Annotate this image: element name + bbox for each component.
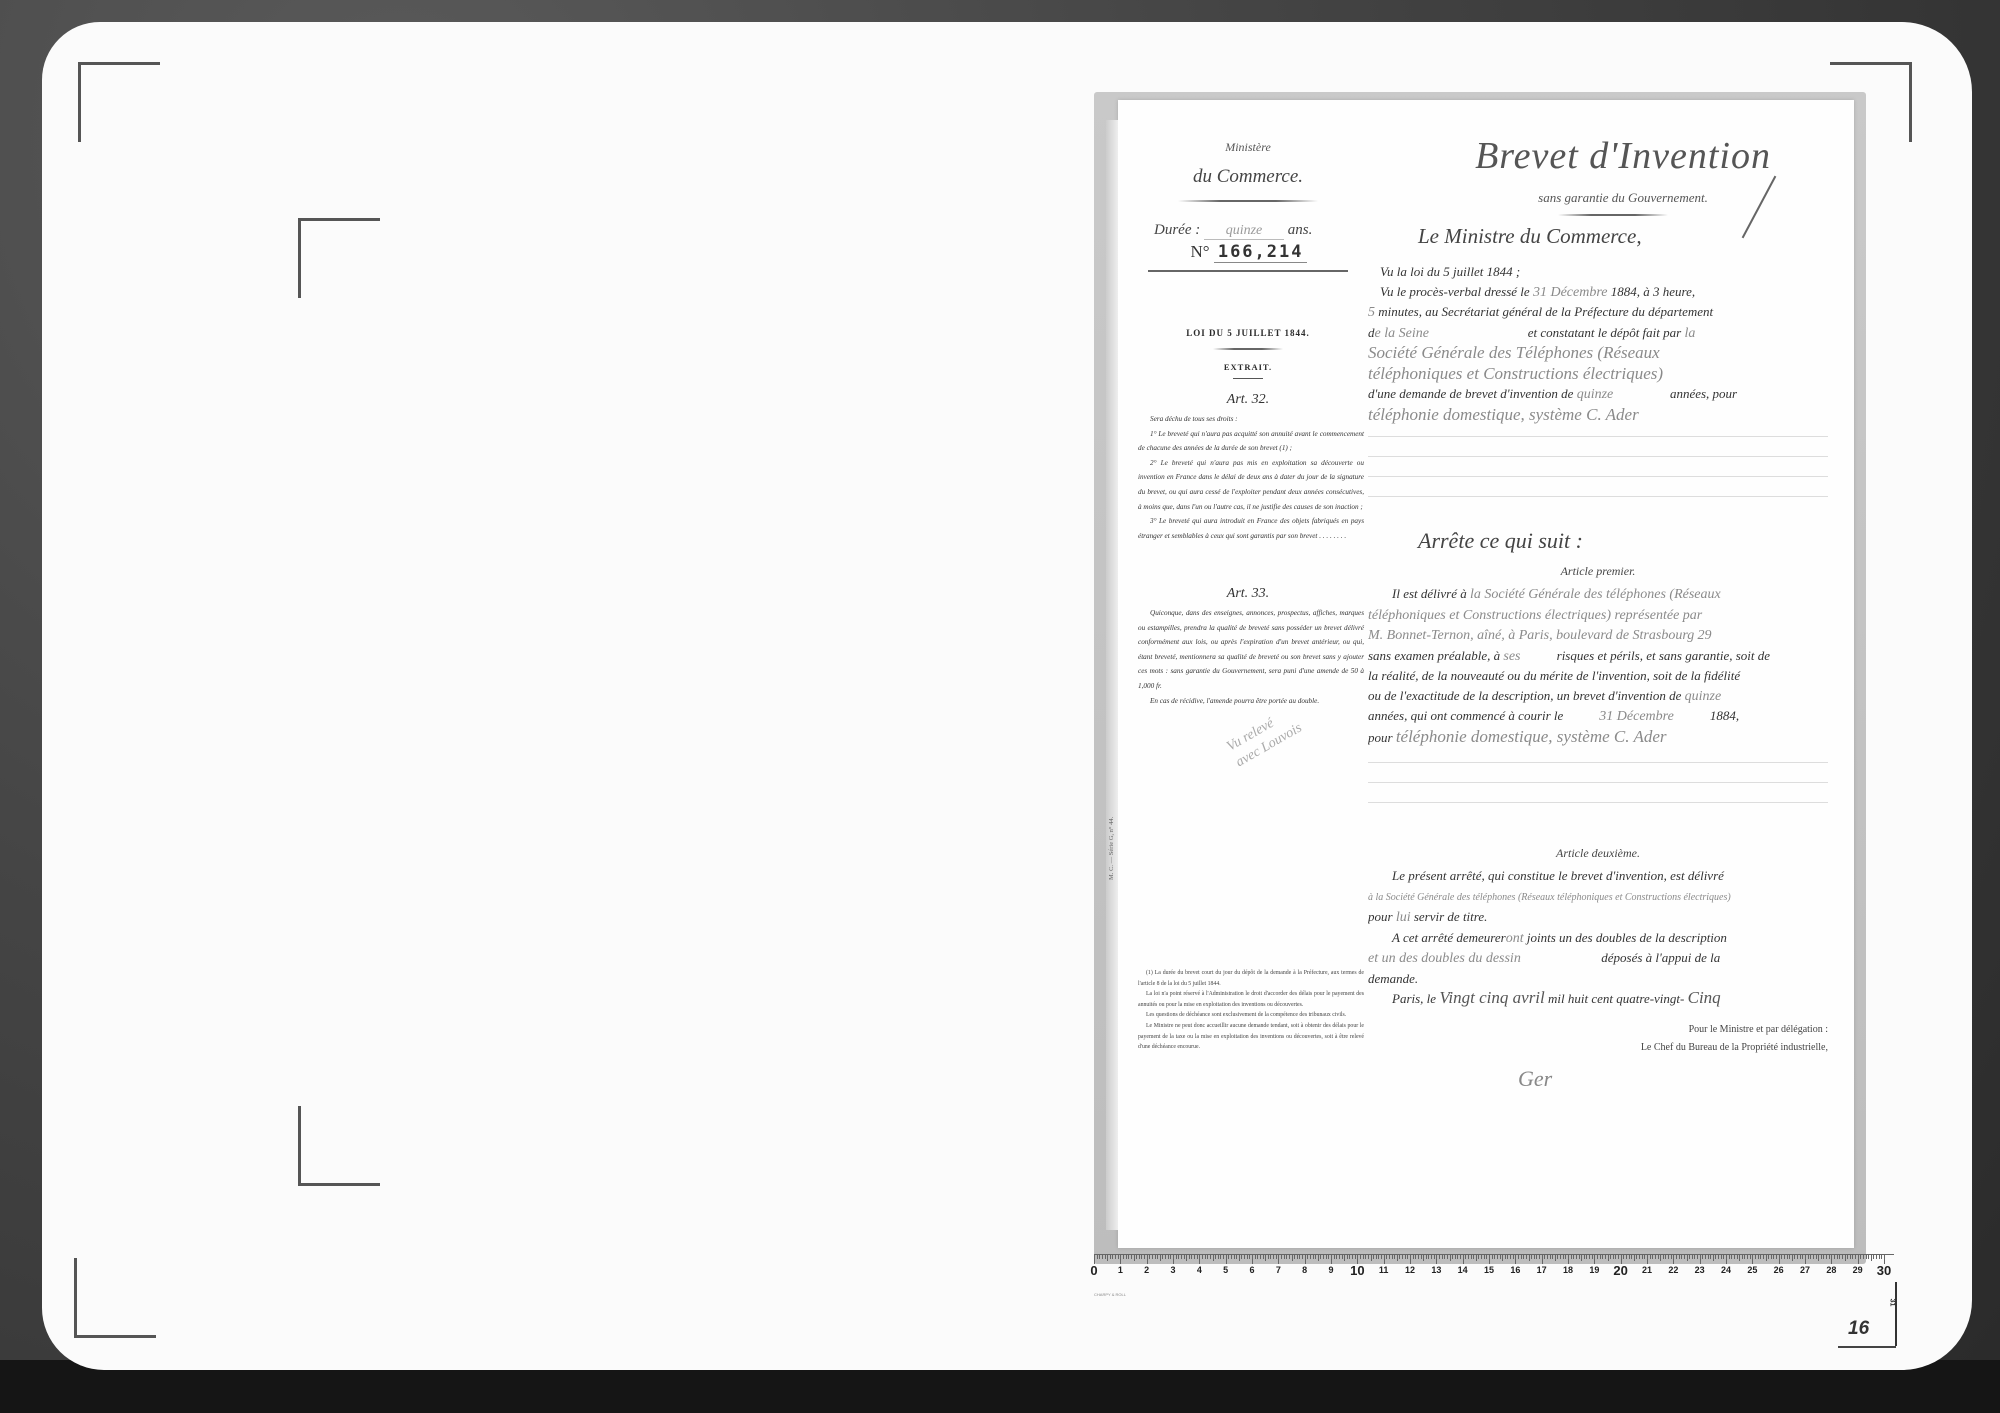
handwritten-text: ses xyxy=(1503,647,1553,667)
ruler-tick xyxy=(1278,1255,1279,1264)
ruler-tick xyxy=(1415,1255,1416,1259)
ruler-tick xyxy=(1668,1255,1669,1259)
ruler-tick xyxy=(1571,1255,1572,1259)
ruler-tick xyxy=(1286,1255,1287,1259)
ruler-tick xyxy=(1407,1255,1408,1259)
ruler-tick xyxy=(1752,1255,1753,1264)
ruler-tick xyxy=(1494,1255,1495,1259)
ruler-tick xyxy=(1234,1255,1235,1259)
ruler-tick xyxy=(1842,1255,1843,1259)
ruler-tick xyxy=(1134,1255,1135,1261)
ruler-tick xyxy=(1431,1255,1432,1259)
article-2-heading: Article deuxième. xyxy=(1368,846,1828,861)
preamble-text: Vu le procès-verbal dressé le xyxy=(1380,284,1530,299)
ruler-tick xyxy=(1531,1255,1532,1259)
ruler-label: 17 xyxy=(1537,1265,1547,1275)
ruler-tick xyxy=(1779,1255,1780,1264)
article-text: pour xyxy=(1368,909,1393,924)
crop-mark-inner-top-left xyxy=(298,218,380,298)
ruler-tick xyxy=(1692,1255,1693,1259)
ruler-tick xyxy=(1402,1255,1403,1259)
ruler-tick xyxy=(1365,1255,1366,1259)
ruler-tick xyxy=(1241,1255,1242,1259)
ruler-tick xyxy=(1384,1255,1385,1264)
ruler-tick xyxy=(1771,1255,1772,1259)
ruler-tick xyxy=(1347,1255,1348,1259)
blank-line xyxy=(1368,496,1828,497)
folio-number: 16 xyxy=(1848,1318,1869,1340)
ruler-tick xyxy=(1539,1255,1540,1259)
ruler-label: 9 xyxy=(1328,1265,1333,1275)
ruler-tick xyxy=(1763,1255,1764,1259)
handwritten-depositor: Société Générale des Téléphones (Réseaux xyxy=(1368,343,1660,362)
ruler-tick xyxy=(1452,1255,1453,1259)
ruler-tick xyxy=(1671,1255,1672,1259)
ruler-tick xyxy=(1658,1255,1659,1259)
ruler-tick xyxy=(1434,1255,1435,1259)
ruler-tick xyxy=(1555,1255,1556,1261)
ruler-tick xyxy=(1576,1255,1577,1259)
footnote: Le Ministre ne peut donc accueillir aucu… xyxy=(1138,1021,1364,1053)
law-extract-label: EXTRAIT. xyxy=(1138,362,1358,372)
ruler-tick xyxy=(1244,1255,1245,1259)
ruler-vertical-label: 31 xyxy=(1888,1299,1895,1307)
ruler-tick xyxy=(1858,1255,1859,1264)
handwritten-grantee: téléphoniques et Constructions électriqu… xyxy=(1368,608,1702,623)
ruler-tick xyxy=(1850,1255,1851,1259)
ruler-tick xyxy=(1276,1255,1277,1259)
ruler-tick xyxy=(1197,1255,1198,1259)
article-33-text: Quiconque, dans des enseignes, annonces,… xyxy=(1138,606,1364,708)
ruler-tick xyxy=(1563,1255,1564,1259)
series-label: M. C. — Série G, n° 44. xyxy=(1108,817,1115,880)
ruler-tick xyxy=(1363,1255,1364,1259)
ruler-tick xyxy=(1818,1255,1819,1261)
ruler-tick xyxy=(1213,1255,1214,1261)
ruler-tick xyxy=(1721,1255,1722,1259)
ruler-tick xyxy=(1642,1255,1643,1259)
ruler-tick xyxy=(1679,1255,1680,1259)
ruler-tick xyxy=(1168,1255,1169,1259)
handwritten-department: e la Seine xyxy=(1375,324,1525,344)
handwritten-duration: quinze xyxy=(1577,385,1667,405)
ruler-tick xyxy=(1331,1255,1332,1264)
ruler-tick xyxy=(1476,1255,1477,1261)
ruler-tick xyxy=(1715,1255,1716,1259)
ruler-tick xyxy=(1550,1255,1551,1259)
ruler-tick xyxy=(1608,1255,1609,1261)
ruler-tick xyxy=(1199,1255,1200,1264)
ruler-tick xyxy=(1739,1255,1740,1261)
ruler-tick xyxy=(1726,1255,1727,1264)
ruler-tick xyxy=(1247,1255,1248,1259)
handwritten-date: 31 Décembre xyxy=(1567,707,1707,727)
ruler-tick xyxy=(1581,1255,1582,1261)
ruler-tick xyxy=(1816,1255,1817,1259)
ruler-tick xyxy=(1178,1255,1179,1259)
number-label: N° xyxy=(1191,242,1210,261)
ruler-tick xyxy=(1510,1255,1511,1259)
ruler-tick xyxy=(1876,1255,1877,1259)
ruler-tick xyxy=(1263,1255,1264,1259)
ruler-tick xyxy=(1394,1255,1395,1259)
ruler-tick xyxy=(1421,1255,1422,1259)
ruler-tick xyxy=(1613,1255,1614,1259)
ruler-tick xyxy=(1226,1255,1227,1264)
ruler-tick xyxy=(1110,1255,1111,1259)
ruler-tick xyxy=(1255,1255,1256,1259)
law-paragraph: 1° Le breveté qui n'aura pas acquitté so… xyxy=(1138,427,1364,456)
ruler-tick xyxy=(1265,1255,1266,1261)
ruler-tick xyxy=(1766,1255,1767,1261)
ruler-tick xyxy=(1418,1255,1419,1259)
ruler-tick xyxy=(1239,1255,1240,1261)
preamble-line: Vu la loi du 5 juillet 1844 ; xyxy=(1380,264,1520,279)
ruler-tick xyxy=(1826,1255,1827,1259)
ruler-tick xyxy=(1392,1255,1393,1259)
ruler-tick xyxy=(1115,1255,1116,1259)
ruler-tick xyxy=(1507,1255,1508,1259)
ruler-tick xyxy=(1839,1255,1840,1259)
article-1-text: Il est délivré à la Société Générale des… xyxy=(1368,584,1828,747)
ruler-tick xyxy=(1800,1255,1801,1259)
crop-mark-top-left xyxy=(78,62,160,142)
ruler-tick xyxy=(1855,1255,1856,1259)
ruler-tick xyxy=(1710,1255,1711,1259)
footnotes: (1) La durée du brevet court du jour du … xyxy=(1138,968,1364,1053)
ruler-tick xyxy=(1097,1255,1098,1259)
ruler-tick xyxy=(1378,1255,1379,1259)
handwritten-date: 31 Décembre xyxy=(1533,285,1608,300)
ruler-tick xyxy=(1376,1255,1377,1259)
ruler-tick xyxy=(1500,1255,1501,1259)
ruler-tick xyxy=(1547,1255,1548,1259)
ruler-tick xyxy=(1455,1255,1456,1259)
article-text: Le présent arrêté, qui constitue le brev… xyxy=(1392,868,1724,883)
footnote: Les questions de déchéance sont exclusiv… xyxy=(1138,1010,1364,1021)
ruler-tick xyxy=(1615,1255,1616,1259)
preamble-text: minutes, au Secrétariat général de la Pr… xyxy=(1378,304,1713,319)
ruler-tick xyxy=(1526,1255,1527,1259)
ruler-tick xyxy=(1289,1255,1290,1259)
ruler-tick xyxy=(1881,1255,1882,1259)
ruler-tick xyxy=(1634,1255,1635,1261)
handwritten-minutes: 5 xyxy=(1368,305,1375,320)
ruler-tick xyxy=(1665,1255,1666,1259)
ruler-tick xyxy=(1344,1255,1345,1261)
ruler-tick xyxy=(1597,1255,1598,1259)
ruler-tick xyxy=(1339,1255,1340,1259)
ruler-tick xyxy=(1845,1255,1846,1261)
ruler-tick xyxy=(1320,1255,1321,1259)
ruler-tick xyxy=(1112,1255,1113,1259)
ruler-tick xyxy=(1652,1255,1653,1259)
ruler-tick xyxy=(1737,1255,1738,1259)
ruler-tick xyxy=(1594,1255,1595,1264)
ruler-tick xyxy=(1336,1255,1337,1259)
handwritten-date: Vingt cinq avril xyxy=(1439,988,1544,1007)
ruler-label: 5 xyxy=(1223,1265,1228,1275)
ruler-tick xyxy=(1460,1255,1461,1259)
divider xyxy=(1148,270,1348,272)
ruler-tick xyxy=(1355,1255,1356,1259)
ruler-tick xyxy=(1560,1255,1561,1259)
ruler-tick xyxy=(1787,1255,1788,1259)
ruler-tick xyxy=(1694,1255,1695,1259)
ruler-tick xyxy=(1673,1255,1674,1264)
patent-document: Ministère du Commerce. Durée : quinze an… xyxy=(1118,100,1854,1248)
ruler-tick xyxy=(1439,1255,1440,1259)
ruler-tick xyxy=(1257,1255,1258,1259)
ruler-tick xyxy=(1802,1255,1803,1259)
ruler-label: 22 xyxy=(1668,1265,1678,1275)
ruler-tick xyxy=(1410,1255,1411,1264)
crop-mark-bottom-left xyxy=(74,1258,156,1338)
ruler-label: 2 xyxy=(1144,1265,1149,1275)
ruler-tick xyxy=(1755,1255,1756,1259)
ruler-label: 6 xyxy=(1249,1265,1254,1275)
ruler-tick xyxy=(1523,1255,1524,1259)
ruler-label: 18 xyxy=(1563,1265,1573,1275)
ruler-tick xyxy=(1565,1255,1566,1259)
ruler-tick xyxy=(1742,1255,1743,1259)
ruler-label: 25 xyxy=(1747,1265,1757,1275)
ruler-tick xyxy=(1302,1255,1303,1259)
ruler-tick xyxy=(1228,1255,1229,1259)
ruler-tick xyxy=(1689,1255,1690,1259)
ruler-tick xyxy=(1629,1255,1630,1259)
ruler-tick xyxy=(1120,1255,1121,1264)
ruler-maker-label: CHARPY & ROLL xyxy=(1094,1292,1126,1297)
ruler-label: 26 xyxy=(1774,1265,1784,1275)
ruler-tick xyxy=(1647,1255,1648,1264)
ruler-tick xyxy=(1397,1255,1398,1261)
ruler-tick xyxy=(1141,1255,1142,1259)
ruler-tick xyxy=(1776,1255,1777,1259)
ornament-divider xyxy=(1178,200,1318,202)
patent-number: N° 166,214 xyxy=(1154,242,1344,262)
blank-line xyxy=(1368,802,1828,803)
ruler-tick xyxy=(1131,1255,1132,1259)
ruler-tick xyxy=(1249,1255,1250,1259)
article-1-heading: Article premier. xyxy=(1368,564,1828,579)
ruler-tick xyxy=(1149,1255,1150,1259)
ruler-tick xyxy=(1326,1255,1327,1259)
ruler-tick xyxy=(1871,1255,1872,1261)
handwritten-text: ont xyxy=(1506,931,1524,946)
ruler-tick xyxy=(1352,1255,1353,1259)
ruler-tick xyxy=(1170,1255,1171,1259)
ruler-tick xyxy=(1521,1255,1522,1259)
ruler-tick xyxy=(1457,1255,1458,1259)
ruler-tick xyxy=(1797,1255,1798,1259)
ruler-tick xyxy=(1471,1255,1472,1259)
ruler-tick xyxy=(1334,1255,1335,1259)
blank-line xyxy=(1368,476,1828,477)
law-paragraph: 3° Le breveté qui aura introduit en Fran… xyxy=(1138,514,1364,543)
blank-line xyxy=(1368,762,1828,763)
ruler-tick xyxy=(1515,1255,1516,1264)
ruler-label: 21 xyxy=(1642,1265,1652,1275)
ruler-tick xyxy=(1705,1255,1706,1259)
ruler-tick xyxy=(1139,1255,1140,1259)
ruler-tick xyxy=(1268,1255,1269,1259)
ruler-tick xyxy=(1794,1255,1795,1259)
article-text: servir de titre. xyxy=(1414,909,1488,924)
ruler-tick xyxy=(1202,1255,1203,1259)
ruler-tick xyxy=(1750,1255,1751,1259)
ruler-tick xyxy=(1368,1255,1369,1259)
ruler-tick xyxy=(1405,1255,1406,1259)
ruler-tick xyxy=(1579,1255,1580,1259)
ruler-label: 15 xyxy=(1484,1265,1494,1275)
ruler-tick xyxy=(1218,1255,1219,1259)
ruler-tick xyxy=(1644,1255,1645,1259)
law-paragraph: En cas de récidive, l'amende pourra être… xyxy=(1138,694,1364,709)
ruler-tick xyxy=(1860,1255,1861,1259)
ruler-tick xyxy=(1768,1255,1769,1259)
ruler-tick xyxy=(1413,1255,1414,1259)
handwritten-grantee: à la Société Générale des téléphones (Ré… xyxy=(1368,892,1731,903)
ruler-tick xyxy=(1160,1255,1161,1261)
ruler-tick xyxy=(1589,1255,1590,1259)
measuring-ruler: 0123456789101112131415161718192021222324… xyxy=(1094,1254,1894,1280)
ruler-tick xyxy=(1829,1255,1830,1259)
duration-field: Durée : quinze ans. xyxy=(1154,222,1344,240)
ruler-tick xyxy=(1708,1255,1709,1259)
divider xyxy=(1233,378,1263,379)
ruler-tick xyxy=(1492,1255,1493,1259)
ruler-tick xyxy=(1602,1255,1603,1259)
ruler-tick xyxy=(1529,1255,1530,1261)
ruler-tick xyxy=(1873,1255,1874,1259)
ruler-tick xyxy=(1697,1255,1698,1259)
ruler-tick xyxy=(1252,1255,1253,1264)
ruler-tick xyxy=(1260,1255,1261,1259)
ruler-tick xyxy=(1310,1255,1311,1259)
ruler-label: 10 xyxy=(1350,1263,1364,1278)
ruler-tick xyxy=(1773,1255,1774,1259)
binding-edge xyxy=(1106,120,1118,1230)
ruler-label: 7 xyxy=(1276,1265,1281,1275)
ruler-label: 16 xyxy=(1510,1265,1520,1275)
duration-label: Durée : xyxy=(1154,222,1200,238)
ruler-tick xyxy=(1631,1255,1632,1259)
ruler-label: 23 xyxy=(1695,1265,1705,1275)
ruler-tick xyxy=(1442,1255,1443,1259)
ruler-tick xyxy=(1544,1255,1545,1259)
ruler-tick xyxy=(1478,1255,1479,1259)
footnote: La loi n'a point réservé à l'Administrat… xyxy=(1138,989,1364,1010)
ruler-tick xyxy=(1758,1255,1759,1259)
handwritten-text: la xyxy=(1684,326,1695,341)
duration-unit: ans. xyxy=(1288,222,1313,238)
ruler-tick xyxy=(1444,1255,1445,1259)
handwritten-duration: quinze xyxy=(1685,689,1722,704)
ruler-tick xyxy=(1502,1255,1503,1261)
document-subtitle: sans garantie du Gouvernement. xyxy=(1448,190,1798,206)
ruler-tick xyxy=(1713,1255,1714,1261)
ruler-tick xyxy=(1292,1255,1293,1261)
ruler-tick xyxy=(1618,1255,1619,1259)
footnote: (1) La durée du brevet court du jour du … xyxy=(1138,968,1364,989)
ruler-tick xyxy=(1428,1255,1429,1259)
law-paragraph: Quiconque, dans des enseignes, annonces,… xyxy=(1138,606,1364,694)
ruler-tick xyxy=(1342,1255,1343,1259)
article-text: mil huit cent quatre-vingt- xyxy=(1548,991,1684,1006)
ruler-tick xyxy=(1747,1255,1748,1259)
ruler-tick xyxy=(1136,1255,1137,1259)
article-text: joints xyxy=(1527,930,1556,945)
ruler-tick xyxy=(1191,1255,1192,1259)
ruler-label: 3 xyxy=(1170,1265,1175,1275)
ruler-tick xyxy=(1781,1255,1782,1259)
ruler-tick xyxy=(1123,1255,1124,1259)
ruler-tick xyxy=(1318,1255,1319,1261)
ruler-tick xyxy=(1157,1255,1158,1259)
ruler-tick xyxy=(1723,1255,1724,1259)
ruler-tick xyxy=(1205,1255,1206,1259)
ruler-tick xyxy=(1789,1255,1790,1259)
ruler-tick xyxy=(1223,1255,1224,1259)
duration-value: quinze xyxy=(1204,223,1284,240)
law-title: LOI DU 5 JUILLET 1844. xyxy=(1138,328,1358,338)
ruler-tick xyxy=(1513,1255,1514,1259)
ruler-tick xyxy=(1323,1255,1324,1259)
ruler-tick xyxy=(1702,1255,1703,1259)
ruler-tick xyxy=(1700,1255,1701,1264)
ruler-tick xyxy=(1636,1255,1637,1259)
article-text: risques et périls, et sans garantie, soi… xyxy=(1557,648,1770,663)
ruler-tick xyxy=(1176,1255,1177,1259)
ruler-tick xyxy=(1489,1255,1490,1264)
ruler-tick xyxy=(1236,1255,1237,1259)
ruler-label: 14 xyxy=(1458,1265,1468,1275)
ruler-tick xyxy=(1863,1255,1864,1259)
ruler-tick xyxy=(1450,1255,1451,1261)
ruler-tick xyxy=(1231,1255,1232,1259)
ruler-tick xyxy=(1813,1255,1814,1259)
ruler-tick xyxy=(1868,1255,1869,1259)
ruler-tick xyxy=(1181,1255,1182,1259)
article-text: un des doubles de la description xyxy=(1559,930,1727,945)
pencil-check-mark xyxy=(1742,176,1777,239)
ruler-tick xyxy=(1105,1255,1106,1259)
handwritten-grantee: la Société Générale des téléphones (Rése… xyxy=(1470,587,1721,602)
ruler-tick xyxy=(1681,1255,1682,1259)
ruler-tick xyxy=(1215,1255,1216,1259)
ruler-tick xyxy=(1107,1255,1108,1261)
ruler-tick xyxy=(1099,1255,1100,1259)
ruler-tick xyxy=(1552,1255,1553,1259)
ruler-tick xyxy=(1718,1255,1719,1259)
pencil-annotation: Vu relevé avec Louvois xyxy=(1224,704,1306,772)
ruler-tick xyxy=(1144,1255,1145,1259)
ruler-tick xyxy=(1568,1255,1569,1264)
ruler-label: 27 xyxy=(1800,1265,1810,1275)
ruler-label: 13 xyxy=(1431,1265,1441,1275)
blank-line xyxy=(1368,456,1828,457)
article-32-heading: Art. 32. xyxy=(1138,392,1358,408)
ruler-tick xyxy=(1463,1255,1464,1264)
ruler-tick xyxy=(1866,1255,1867,1259)
ministry-name: du Commerce. xyxy=(1158,166,1338,188)
ruler-tick xyxy=(1573,1255,1574,1259)
preamble-text: 1884, à 3 heure, xyxy=(1611,284,1695,299)
ruler-tick xyxy=(1373,1255,1374,1259)
ruler-label: 28 xyxy=(1826,1265,1836,1275)
number-value: 166,214 xyxy=(1214,242,1308,263)
